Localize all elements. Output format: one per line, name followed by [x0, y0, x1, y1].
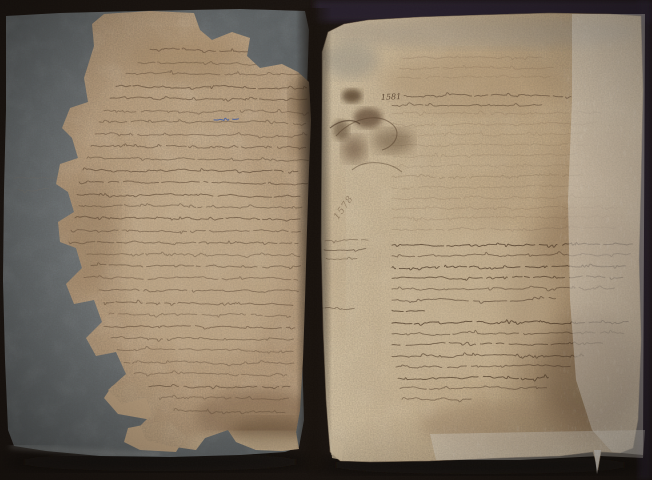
vignette	[0, 0, 652, 480]
manuscript-photo: 1581 1578	[0, 0, 652, 480]
